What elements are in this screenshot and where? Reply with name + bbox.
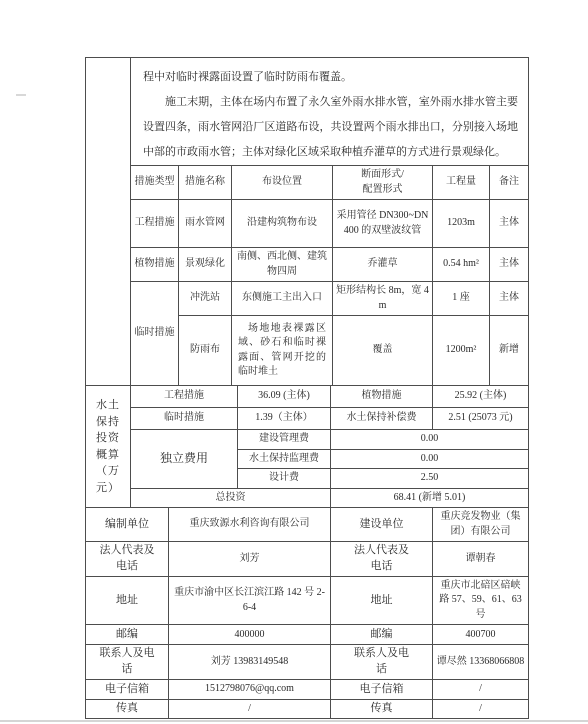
paragraph-line-2: 施工末期，主体在场内布置了永久室外雨水排水管，室外雨水排水管主要设置四条，雨水管… <box>143 90 518 165</box>
contact-label: 地址 <box>86 576 169 625</box>
measures-section: 程中对临时裸露面设置了临时防雨布覆盖。 施工末期，主体在场内布置了永久室外雨水排… <box>85 57 529 386</box>
investment-section: 水土保持投资概算（万元） 工程措施 36.09 (主体) 植物措施 25.92 … <box>85 385 529 508</box>
header-form: 断面形式/配置形式 <box>333 166 433 200</box>
investment-value: 36.09 (主体) <box>238 386 331 408</box>
measure-quantity-cell: 1203m <box>433 200 490 248</box>
contact-label: 法人代表及电话 <box>86 542 169 577</box>
contact-label: 地址 <box>331 576 433 625</box>
total-investment-label: 总投资 <box>131 488 331 508</box>
contact-value: / <box>169 699 331 719</box>
contacts-section: 编制单位 重庆致源水利咨询有限公司 建设单位 重庆竞发物业（集团）有限公司 法人… <box>85 507 529 719</box>
header-measure-name: 措施名称 <box>179 166 232 200</box>
contact-row-units: 编制单位 重庆致源水利咨询有限公司 建设单位 重庆竞发物业（集团）有限公司 <box>86 508 529 542</box>
contact-label: 邮编 <box>86 625 169 645</box>
contact-value: 1512798076@qq.com <box>169 680 331 700</box>
contact-label: 传真 <box>331 699 433 719</box>
contact-value: 刘芳 13983149548 <box>169 645 331 680</box>
header-note: 备注 <box>490 166 529 200</box>
construction-description-cell: 程中对临时裸露面设置了临时防雨布覆盖。 施工末期，主体在场内布置了永久室外雨水排… <box>131 58 529 166</box>
contact-row-legal-rep: 法人代表及电话 刘芳 法人代表及电话 谭朝春 <box>86 542 529 577</box>
contact-value: 谭朝春 <box>433 542 529 577</box>
measure-form-cell: 乔灌草 <box>333 248 433 282</box>
investment-side-label: 水土保持投资概算（万元） <box>86 386 131 508</box>
left-empty-cell <box>86 58 131 386</box>
fee-value: 0.00 <box>331 430 529 450</box>
total-investment-value: 68.41 (新增 5.01) <box>331 488 529 508</box>
fee-value: 2.50 <box>331 469 529 489</box>
measure-location-cell: 沿建构筑物布设 <box>232 200 333 248</box>
measure-row-vegetation: 植物措施 景观绿化 南侧、西北侧、建筑物四周 乔灌草 0.54 hm² 主体 <box>86 248 529 282</box>
measure-quantity-cell: 1200m² <box>433 316 490 386</box>
investment-value: 2.51 (25073 元) <box>433 408 529 430</box>
measures-header-row: 措施类型 措施名称 布设位置 断面形式/配置形式 工程量 备注 <box>86 166 529 200</box>
measure-note-cell: 主体 <box>490 200 529 248</box>
measure-type-cell: 工程措施 <box>131 200 179 248</box>
contact-value: 重庆竞发物业（集团）有限公司 <box>433 508 529 542</box>
measure-type-cell: 临时措施 <box>131 282 179 386</box>
contact-label: 传真 <box>86 699 169 719</box>
measure-name-cell: 冲洗站 <box>179 282 232 316</box>
contact-row-email: 电子信箱 1512798076@qq.com 电子信箱 / <box>86 680 529 700</box>
measure-note-cell: 新增 <box>490 316 529 386</box>
contact-label: 建设单位 <box>331 508 433 542</box>
contact-row-address: 地址 重庆市渝中区长江滨江路 142 号 2-6-4 地址 重庆市北碚区碚峡路 … <box>86 576 529 625</box>
contact-value: / <box>433 680 529 700</box>
contact-value: 谭尽然 13368066808 <box>433 645 529 680</box>
measure-quantity-cell: 0.54 hm² <box>433 248 490 282</box>
contact-row-fax: 传真 / 传真 / <box>86 699 529 719</box>
investment-label: 水土保持补偿费 <box>331 408 433 430</box>
contact-value: 400000 <box>169 625 331 645</box>
fee-value: 0.00 <box>331 449 529 469</box>
measure-form-cell: 覆盖 <box>333 316 433 386</box>
measure-note-cell: 主体 <box>490 248 529 282</box>
contact-label: 联系人及电话 <box>331 645 433 680</box>
measure-form-cell: 矩形结构长 8m，宽 4m <box>333 282 433 316</box>
investment-fee-row-1: 独立费用 建设管理费 0.00 <box>86 430 529 450</box>
investment-label: 临时措施 <box>131 408 238 430</box>
measure-type-cell: 植物措施 <box>131 248 179 282</box>
investment-value: 1.39（主体） <box>238 408 331 430</box>
contact-label: 电子信箱 <box>331 680 433 700</box>
report-form-table: 程中对临时裸露面设置了临时防雨布覆盖。 施工末期，主体在场内布置了永久室外雨水排… <box>85 57 528 719</box>
investment-label: 工程措施 <box>131 386 238 408</box>
contact-label: 法人代表及电话 <box>331 542 433 577</box>
header-location: 布设位置 <box>232 166 333 200</box>
measure-quantity-cell: 1 座 <box>433 282 490 316</box>
measure-row-engineering: 工程措施 雨水管网 沿建构筑物布设 采用管径 DN300~DN400 的双壁波纹… <box>86 200 529 248</box>
contact-row-contact-person: 联系人及电话 刘芳 13983149548 联系人及电话 谭尽然 1336806… <box>86 645 529 680</box>
contact-value: 刘芳 <box>169 542 331 577</box>
scan-page-edge <box>0 720 588 722</box>
contact-label: 编制单位 <box>86 508 169 542</box>
contact-label: 联系人及电话 <box>86 645 169 680</box>
investment-row-2: 临时措施 1.39（主体） 水土保持补偿费 2.51 (25073 元) <box>86 408 529 430</box>
investment-value: 25.92 (主体) <box>433 386 529 408</box>
independent-fees-label: 独立费用 <box>131 430 238 489</box>
measure-location-cell: 南侧、西北侧、建筑物四周 <box>232 248 333 282</box>
contact-value: / <box>433 699 529 719</box>
measure-row-wash-station: 临时措施 冲洗站 东侧施工主出入口 矩形结构长 8m，宽 4m 1 座 主体 <box>86 282 529 316</box>
header-measure-type: 措施类型 <box>131 166 179 200</box>
scan-artifact <box>16 94 26 96</box>
measure-form-cell: 采用管径 DN300~DN400 的双壁波纹管 <box>333 200 433 248</box>
header-quantity: 工程量 <box>433 166 490 200</box>
contact-value: 400700 <box>433 625 529 645</box>
contact-label: 邮编 <box>331 625 433 645</box>
measure-name-cell: 雨水管网 <box>179 200 232 248</box>
contact-value: 重庆市北碚区碚峡路 57、59、61、63 号 <box>433 576 529 625</box>
investment-row-1: 水土保持投资概算（万元） 工程措施 36.09 (主体) 植物措施 25.92 … <box>86 386 529 408</box>
investment-label: 植物措施 <box>331 386 433 408</box>
measure-name-cell: 防雨布 <box>179 316 232 386</box>
fee-label: 设计费 <box>238 469 331 489</box>
contact-label: 电子信箱 <box>86 680 169 700</box>
investment-total-row: 总投资 68.41 (新增 5.01) <box>86 488 529 508</box>
fee-label: 水土保持监理费 <box>238 449 331 469</box>
contact-value: 重庆市渝中区长江滨江路 142 号 2-6-4 <box>169 576 331 625</box>
measure-note-cell: 主体 <box>490 282 529 316</box>
measure-name-cell: 景观绿化 <box>179 248 232 282</box>
measure-location-cell: 场地地表裸露区域、砂石和临时裸露面、管网开挖的临时堆土 <box>232 316 333 386</box>
fee-label: 建设管理费 <box>238 430 331 450</box>
contact-value: 重庆致源水利咨询有限公司 <box>169 508 331 542</box>
paragraph-line-1: 程中对临时裸露面设置了临时防雨布覆盖。 <box>143 65 518 90</box>
measure-location-cell: 东侧施工主出入口 <box>232 282 333 316</box>
contact-row-postcode: 邮编 400000 邮编 400700 <box>86 625 529 645</box>
header-form-text: 断面形式/配置形式 <box>357 168 409 197</box>
